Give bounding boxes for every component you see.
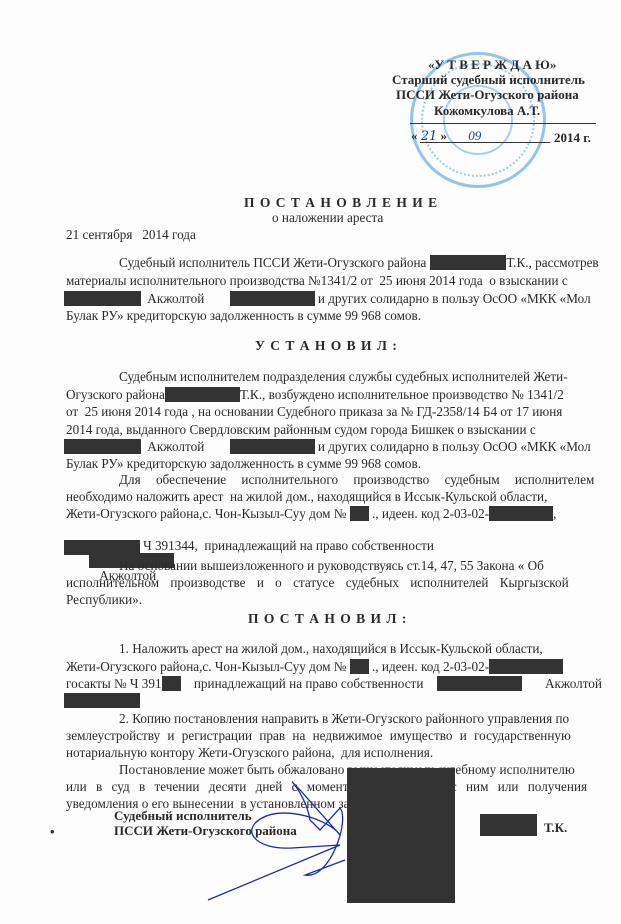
signature-role-2: ПССИ Жети-Огузского района [114, 823, 297, 838]
handwritten-signature [0, 0, 621, 924]
redaction-name [480, 814, 537, 836]
document-page: «У Т В Е Р Ж Д А Ю» Старший судебный исп… [0, 0, 621, 924]
redaction-signature [347, 768, 455, 903]
signature-bullet: • [50, 824, 55, 839]
signature-role-1: Судебный исполнитель [114, 808, 252, 823]
signature-initials: Т.К. [544, 820, 567, 835]
